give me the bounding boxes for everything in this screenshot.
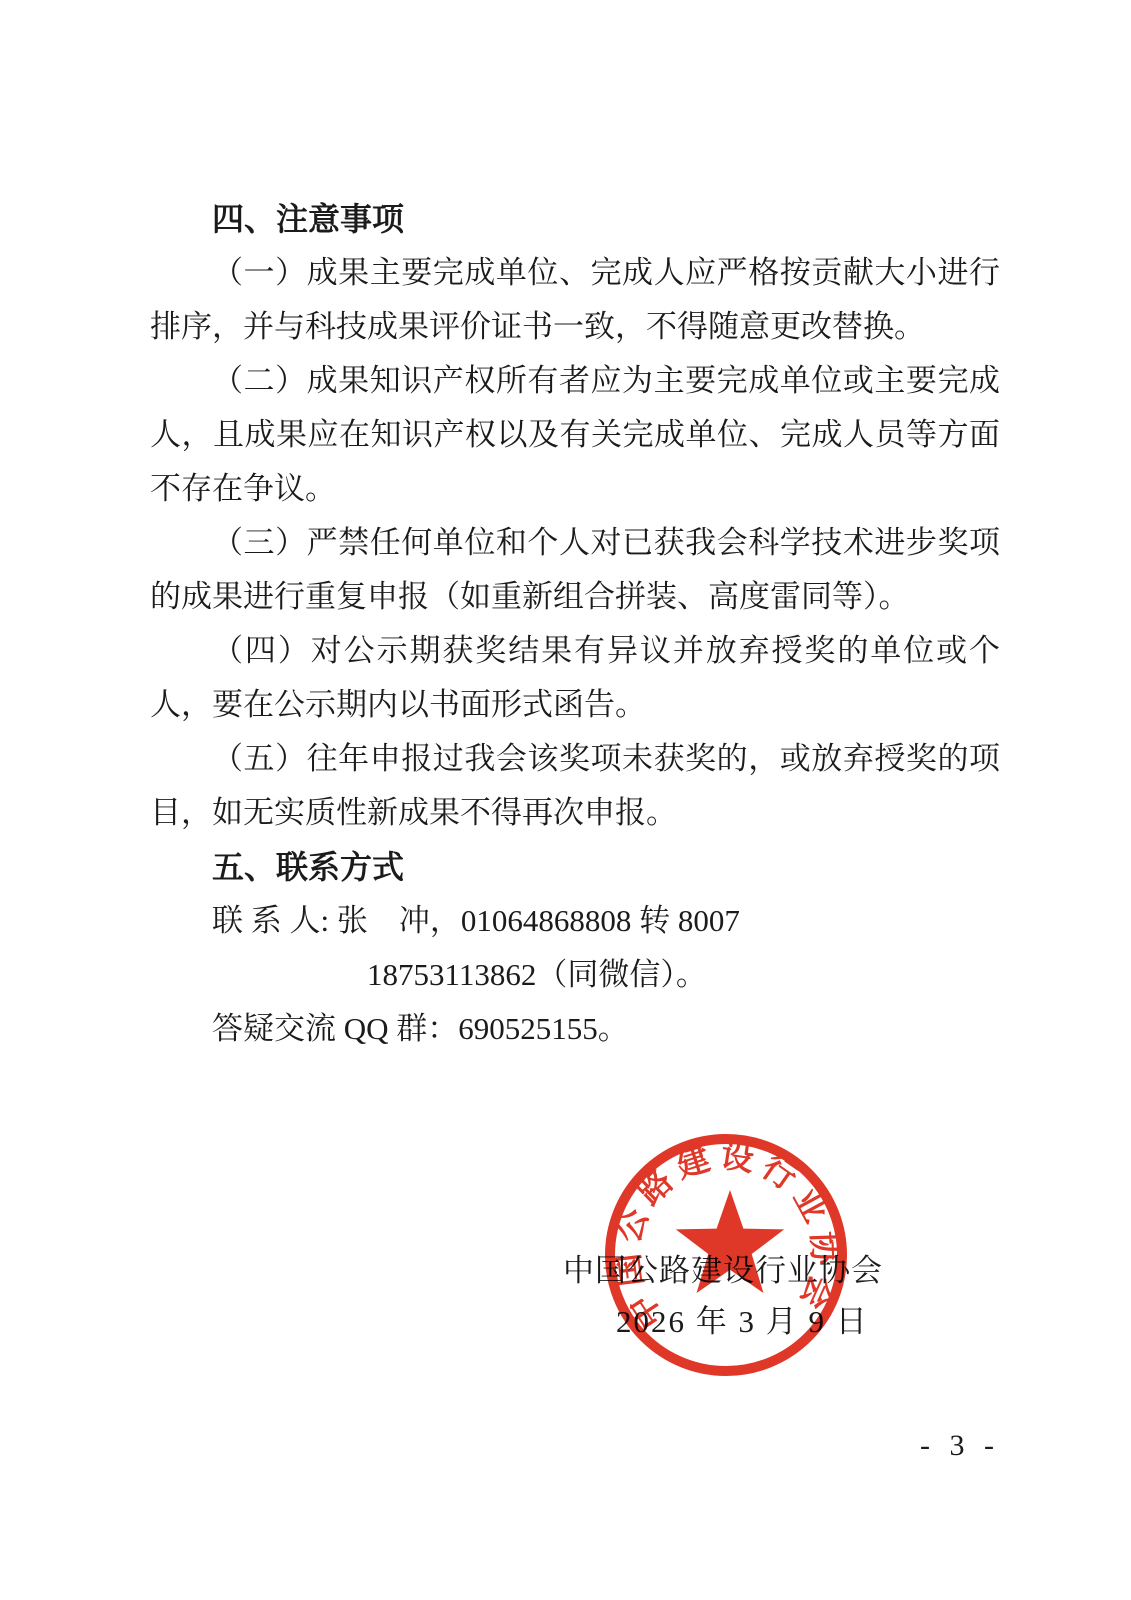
section4-paragraph-1: （一）成果主要完成单位、完成人应严格按贡献大小进行排序，并与科技成果评价证书一致… — [150, 246, 1000, 354]
contact-person-line: 联 系 人: 张 冲，01064868808 转 8007 — [150, 894, 1000, 948]
page-number: - 3 - — [905, 1428, 1015, 1464]
seal-star-icon — [676, 1190, 784, 1293]
seal-graphic: 中国公路建设行业协会 — [604, 1133, 848, 1377]
contact-phone-line: 18753113862（同微信）。 — [150, 948, 1000, 1002]
section4-paragraph-2: （二）成果知识产权所有者应为主要完成单位或主要完成人，且成果应在知识产权以及有关… — [150, 354, 1000, 516]
document-page: 四、注意事项 （一）成果主要完成单位、完成人应严格按贡献大小进行排序，并与科技成… — [0, 0, 1131, 1600]
document-body: 四、注意事项 （一）成果主要完成单位、完成人应严格按贡献大小进行排序，并与科技成… — [150, 192, 1000, 1056]
section4-paragraph-3: （三）严禁任何单位和个人对已获我会科学技术进步奖项的成果进行重复申报（如重新组合… — [150, 516, 1000, 624]
section4-paragraph-5: （五）往年申报过我会该奖项未获奖的，或放弃授奖的项目，如无实质性新成果不得再次申… — [150, 732, 1000, 840]
section4-heading: 四、注意事项 — [150, 192, 1000, 246]
section4-paragraph-4: （四）对公示期获奖结果有异议并放弃授奖的单位或个人，要在公示期内以书面形式函告。 — [150, 624, 1000, 732]
section5-heading: 五、联系方式 — [150, 840, 1000, 894]
contact-qq-line: 答疑交流 QQ 群：690525155。 — [150, 1002, 1000, 1056]
official-seal-stamp: 中国公路建设行业协会 — [604, 1133, 848, 1377]
